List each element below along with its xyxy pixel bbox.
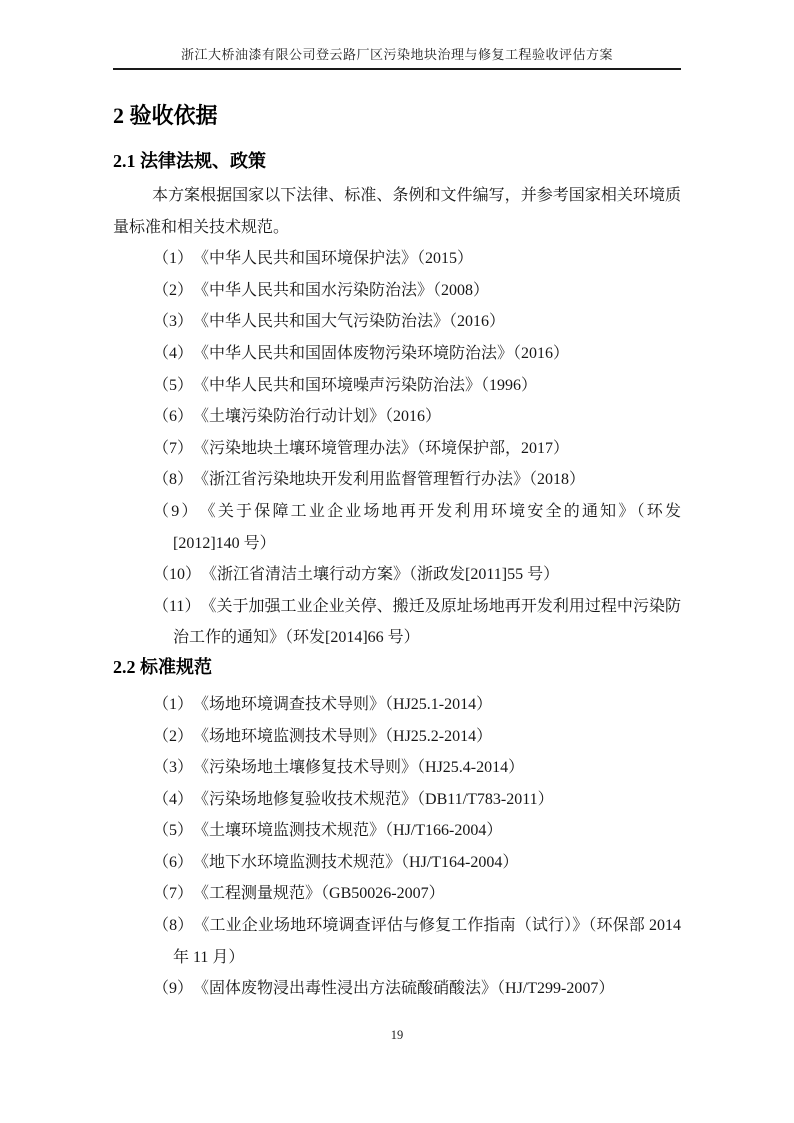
item-text: 《中华人民共和国固体废物污染环境防治法》（2016） (201, 345, 569, 362)
page-header: 浙江大桥油漆有限公司登云路厂区污染地块治理与修复工程验收评估方案 (113, 0, 681, 70)
item-text: 《浙江省清洁土壤行动方案》（浙政发[2011]55 号） (209, 566, 559, 583)
item-line: （7）《污染地块土壤环境管理办法》（环境保护部，2017） (153, 433, 681, 465)
item-number: （1） (153, 696, 193, 713)
item-text: 《地下水环境监测技术规范》（HJ/T164-2004） (201, 854, 518, 871)
list-item: （3）《中华人民共和国大气污染防治法》（2016） (153, 306, 681, 338)
item-text: 《污染场地土壤修复技术导则》（HJ25.4-2014） (201, 759, 524, 776)
item-line: （4）《污染场地修复验收技术规范》（DB11/T783-2011） (153, 784, 681, 816)
item-line: （3）《污染场地土壤修复技术导则》（HJ25.4-2014） (153, 752, 681, 784)
list-item: （6）《地下水环境监测技术规范》（HJ/T164-2004） (153, 847, 681, 879)
list-item: （1）《场地环境调查技术导则》（HJ25.1-2014） (153, 689, 681, 721)
list-item: （5）《土壤环境监测技术规范》（HJ/T166-2004） (153, 815, 681, 847)
item-text: 《工业企业场地环境调查评估与修复工作指南（试行）》（环保部 2014 (201, 917, 681, 934)
item-number: （11） (153, 598, 200, 615)
item-number: （3） (153, 313, 193, 330)
item-text: 《关于加强工业企业关停、搬迁及原址场地再开发利用过程中污染防 (208, 598, 681, 615)
item-number: （2） (153, 728, 193, 745)
item-number: （1） (153, 250, 193, 267)
list-item: （4）《中华人民共和国固体废物污染环境防治法》（2016） (153, 338, 681, 370)
item-text: 《中华人民共和国环境保护法》（2015） (201, 250, 473, 267)
item-number: （9） (153, 503, 200, 520)
section-2-1-heading: 2.1 法律法规、政策 (113, 148, 681, 175)
header-rule (113, 68, 681, 70)
item-text: 《固体废物浸出毒性浸出方法硫酸硝酸法》（HJ/T299-2007） (201, 980, 614, 997)
item-text: 《土壤环境监测技术规范》（HJ/T166-2004） (201, 822, 502, 839)
item-number: （5） (153, 377, 193, 394)
item-line: （4）《中华人民共和国固体废物污染环境防治法》（2016） (153, 338, 681, 370)
item-text: 《中华人民共和国环境噪声污染防治法》（1996） (201, 377, 537, 394)
item-line: （11）《关于加强工业企业关停、搬迁及原址场地再开发利用过程中污染防 (153, 591, 681, 623)
item-line: （9）《固体废物浸出毒性浸出方法硫酸硝酸法》（HJ/T299-2007） (153, 973, 681, 1005)
list-item: （11）《关于加强工业企业关停、搬迁及原址场地再开发利用过程中污染防治工作的通知… (153, 591, 681, 654)
list-item: （10）《浙江省清洁土壤行动方案》（浙政发[2011]55 号） (153, 559, 681, 591)
intro-paragraph: 本方案根据国家以下法律、标准、条例和文件编写，并参考国家相关环境质量标准和相关技… (113, 180, 681, 243)
item-number: （4） (153, 791, 193, 808)
list-item: （6）《土壤污染防治行动计划》（2016） (153, 401, 681, 433)
item-number: （8） (153, 917, 193, 934)
item-text: 《关于保障工业企业场地再开发利用环境安全的通知》（环发 (208, 503, 681, 520)
item-text: 《污染地块土壤环境管理办法》（环境保护部，2017） (201, 440, 569, 457)
document-page: 浙江大桥油漆有限公司登云路厂区污染地块治理与修复工程验收评估方案 2 验收依据 … (0, 0, 794, 1123)
item-line: （3）《中华人民共和国大气污染防治法》（2016） (153, 306, 681, 338)
standards-list: （1）《场地环境调查技术导则》（HJ25.1-2014）（2）《场地环境监测技术… (113, 689, 681, 1005)
item-line: （5）《土壤环境监测技术规范》（HJ/T166-2004） (153, 815, 681, 847)
item-text: 《污染场地修复验收技术规范》（DB11/T783-2011） (201, 791, 554, 808)
chapter-heading: 2 验收依据 (113, 101, 681, 131)
item-number: （6） (153, 408, 193, 425)
list-item: （5）《中华人民共和国环境噪声污染防治法》（1996） (153, 370, 681, 402)
list-item: （9）《固体废物浸出毒性浸出方法硫酸硝酸法》（HJ/T299-2007） (153, 973, 681, 1005)
item-number: （9） (153, 980, 193, 997)
item-number: （8） (153, 471, 193, 488)
law-list: （1）《中华人民共和国环境保护法》（2015）（2）《中华人民共和国水污染防治法… (113, 243, 681, 654)
list-item: （9）《关于保障工业企业场地再开发利用环境安全的通知》（环发[2012]140 … (153, 496, 681, 559)
item-text: 《浙江省污染地块开发利用监督管理暂行办法》（2018） (201, 471, 585, 488)
list-item: （3）《污染场地土壤修复技术导则》（HJ25.4-2014） (153, 752, 681, 784)
item-number: （7） (153, 440, 193, 457)
item-number: （5） (153, 822, 193, 839)
item-line: （2）《场地环境监测技术导则》（HJ25.2-2014） (153, 721, 681, 753)
item-line: （6）《地下水环境监测技术规范》（HJ/T164-2004） (153, 847, 681, 879)
item-line: （5）《中华人民共和国环境噪声污染防治法》（1996） (153, 370, 681, 402)
item-line: （2）《中华人民共和国水污染防治法》（2008） (153, 275, 681, 307)
item-continuation-line: 年 11 月） (173, 942, 681, 974)
item-line: （1）《场地环境调查技术导则》（HJ25.1-2014） (153, 689, 681, 721)
list-item: （7）《工程测量规范》（GB50026-2007） (153, 878, 681, 910)
item-text: 《中华人民共和国大气污染防治法》（2016） (201, 313, 505, 330)
item-line: （7）《工程测量规范》（GB50026-2007） (153, 878, 681, 910)
item-text: 《场地环境监测技术导则》（HJ25.2-2014） (201, 728, 492, 745)
item-number: （6） (153, 854, 193, 871)
list-item: （2）《场地环境监测技术导则》（HJ25.2-2014） (153, 721, 681, 753)
page-number: 19 (391, 1028, 404, 1042)
item-text: 《中华人民共和国水污染防治法》（2008） (201, 282, 489, 299)
page-header-title: 浙江大桥油漆有限公司登云路厂区污染地块治理与修复工程验收评估方案 (113, 46, 681, 64)
list-item: （8）《浙江省污染地块开发利用监督管理暂行办法》（2018） (153, 464, 681, 496)
list-item: （8）《工业企业场地环境调查评估与修复工作指南（试行）》（环保部 2014年 1… (153, 910, 681, 973)
item-number: （4） (153, 345, 193, 362)
page-footer: 19 (0, 1026, 794, 1044)
item-line: （1）《中华人民共和国环境保护法》（2015） (153, 243, 681, 275)
list-item: （4）《污染场地修复验收技术规范》（DB11/T783-2011） (153, 784, 681, 816)
item-number: （3） (153, 759, 193, 776)
item-number: （2） (153, 282, 193, 299)
item-text: 《土壤污染防治行动计划》（2016） (201, 408, 441, 425)
item-line: （10）《浙江省清洁土壤行动方案》（浙政发[2011]55 号） (153, 559, 681, 591)
item-line: （6）《土壤污染防治行动计划》（2016） (153, 401, 681, 433)
item-number: （7） (153, 885, 193, 902)
item-continuation-line: 治工作的通知》（环发[2014]66 号） (173, 622, 681, 654)
item-number: （10） (153, 566, 201, 583)
section-2-2-heading: 2.2 标准规范 (113, 654, 681, 681)
item-line: （9）《关于保障工业企业场地再开发利用环境安全的通知》（环发 (153, 496, 681, 528)
list-item: （1）《中华人民共和国环境保护法》（2015） (153, 243, 681, 275)
list-item: （7）《污染地块土壤环境管理办法》（环境保护部，2017） (153, 433, 681, 465)
item-text: 《工程测量规范》（GB50026-2007） (201, 885, 445, 902)
item-line: （8）《浙江省污染地块开发利用监督管理暂行办法》（2018） (153, 464, 681, 496)
item-line: （8）《工业企业场地环境调查评估与修复工作指南（试行）》（环保部 2014 (153, 910, 681, 942)
item-continuation-line: [2012]140 号） (173, 528, 681, 560)
list-item: （2）《中华人民共和国水污染防治法》（2008） (153, 275, 681, 307)
item-text: 《场地环境调查技术导则》（HJ25.1-2014） (201, 696, 492, 713)
